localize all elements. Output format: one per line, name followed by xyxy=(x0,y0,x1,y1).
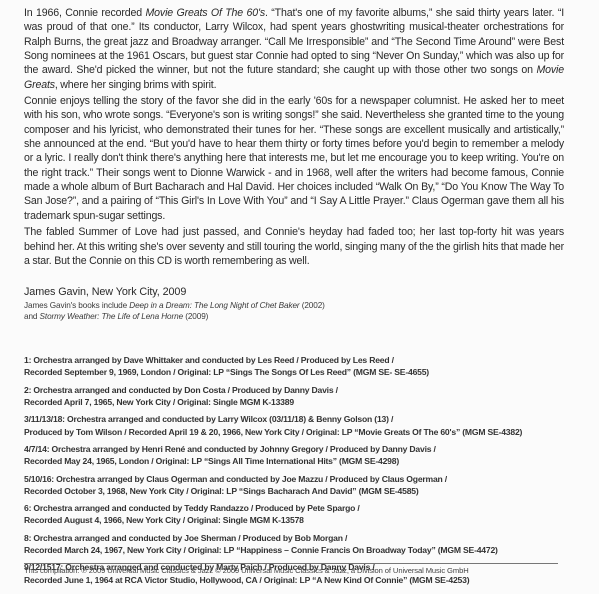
essay-paragraph-2: Connie enjoys telling the story of the f… xyxy=(24,94,564,223)
essay-text: The fabled Summer of Love had just passe… xyxy=(24,226,564,267)
author-bio-line-1: James Gavin's books include Deep in a Dr… xyxy=(24,300,564,311)
credit-entry: 6: Orchestra arranged and conducted by T… xyxy=(24,502,564,527)
credit-line: 8: Orchestra arranged and conducted by J… xyxy=(24,532,564,544)
footer-divider xyxy=(24,563,558,564)
essay-text: Connie enjoys telling the story of the f… xyxy=(24,95,564,222)
credit-line: 6: Orchestra arranged and conducted by T… xyxy=(24,502,564,514)
credit-entry: 1: Orchestra arranged by Dave Whittaker … xyxy=(24,354,564,379)
credit-line: Recorded March 24, 1967, New York City /… xyxy=(24,544,564,556)
author-signature: James Gavin, New York City, 2009 xyxy=(24,285,564,299)
credit-line: 3/11/13/18: Orchestra arranged and condu… xyxy=(24,413,564,425)
credit-entry: 5/10/16: Orchestra arranged by Claus Oge… xyxy=(24,473,564,498)
album-title: Movie Greats Of The 60's xyxy=(146,7,266,19)
credit-entry: 2: Orchestra arranged and conducted by D… xyxy=(24,384,564,409)
credit-entry: 4/7/14: Orchestra arranged by Henri René… xyxy=(24,443,564,468)
credit-entry: 8: Orchestra arranged and conducted by J… xyxy=(24,532,564,557)
credit-line: 5/10/16: Orchestra arranged by Claus Oge… xyxy=(24,473,564,485)
bio-text: and xyxy=(24,312,40,321)
bio-text: (2009) xyxy=(183,312,208,321)
credit-line: Produced by Tom Wilson / Recorded April … xyxy=(24,426,564,438)
bio-text: (2002) xyxy=(300,301,325,310)
author-bio-line-2: and Stormy Weather: The Life of Lena Hor… xyxy=(24,311,564,322)
essay: In 1966, Connie recorded Movie Greats Of… xyxy=(24,6,564,268)
credit-line: Recorded September 9, 1969, London / Ori… xyxy=(24,366,564,378)
credit-line: Recorded October 3, 1968, New York City … xyxy=(24,485,564,497)
essay-text: , where her singing brims with spirit. xyxy=(55,79,216,91)
book-title: Deep in a Dream: The Long Night of Chet … xyxy=(129,301,299,310)
credit-line: Recorded May 24, 1965, London / Original… xyxy=(24,455,564,467)
credit-line: 2: Orchestra arranged and conducted by D… xyxy=(24,384,564,396)
liner-notes-page: In 1966, Connie recorded Movie Greats Of… xyxy=(24,6,564,591)
essay-paragraph-1: In 1966, Connie recorded Movie Greats Of… xyxy=(24,6,564,92)
essay-paragraph-3: The fabled Summer of Love had just passe… xyxy=(24,225,564,268)
credit-line: 1: Orchestra arranged by Dave Whittaker … xyxy=(24,354,564,366)
credit-line: Recorded August 4, 1966, New York City /… xyxy=(24,514,564,526)
credit-line: Recorded April 7, 1965, New York City / … xyxy=(24,396,564,408)
book-title: Stormy Weather: The Life of Lena Horne xyxy=(40,312,184,321)
credit-entry: 3/11/13/18: Orchestra arranged and condu… xyxy=(24,413,564,438)
author-bio: James Gavin's books include Deep in a Dr… xyxy=(24,300,564,322)
credit-line: 4/7/14: Orchestra arranged by Henri René… xyxy=(24,443,564,455)
essay-text: In 1966, Connie recorded xyxy=(24,7,146,19)
track-credits: 1: Orchestra arranged by Dave Whittaker … xyxy=(24,354,564,586)
copyright-notice: This compilation: ℗ 2009 Universal Music… xyxy=(24,566,469,576)
bio-text: James Gavin's books include xyxy=(24,301,129,310)
